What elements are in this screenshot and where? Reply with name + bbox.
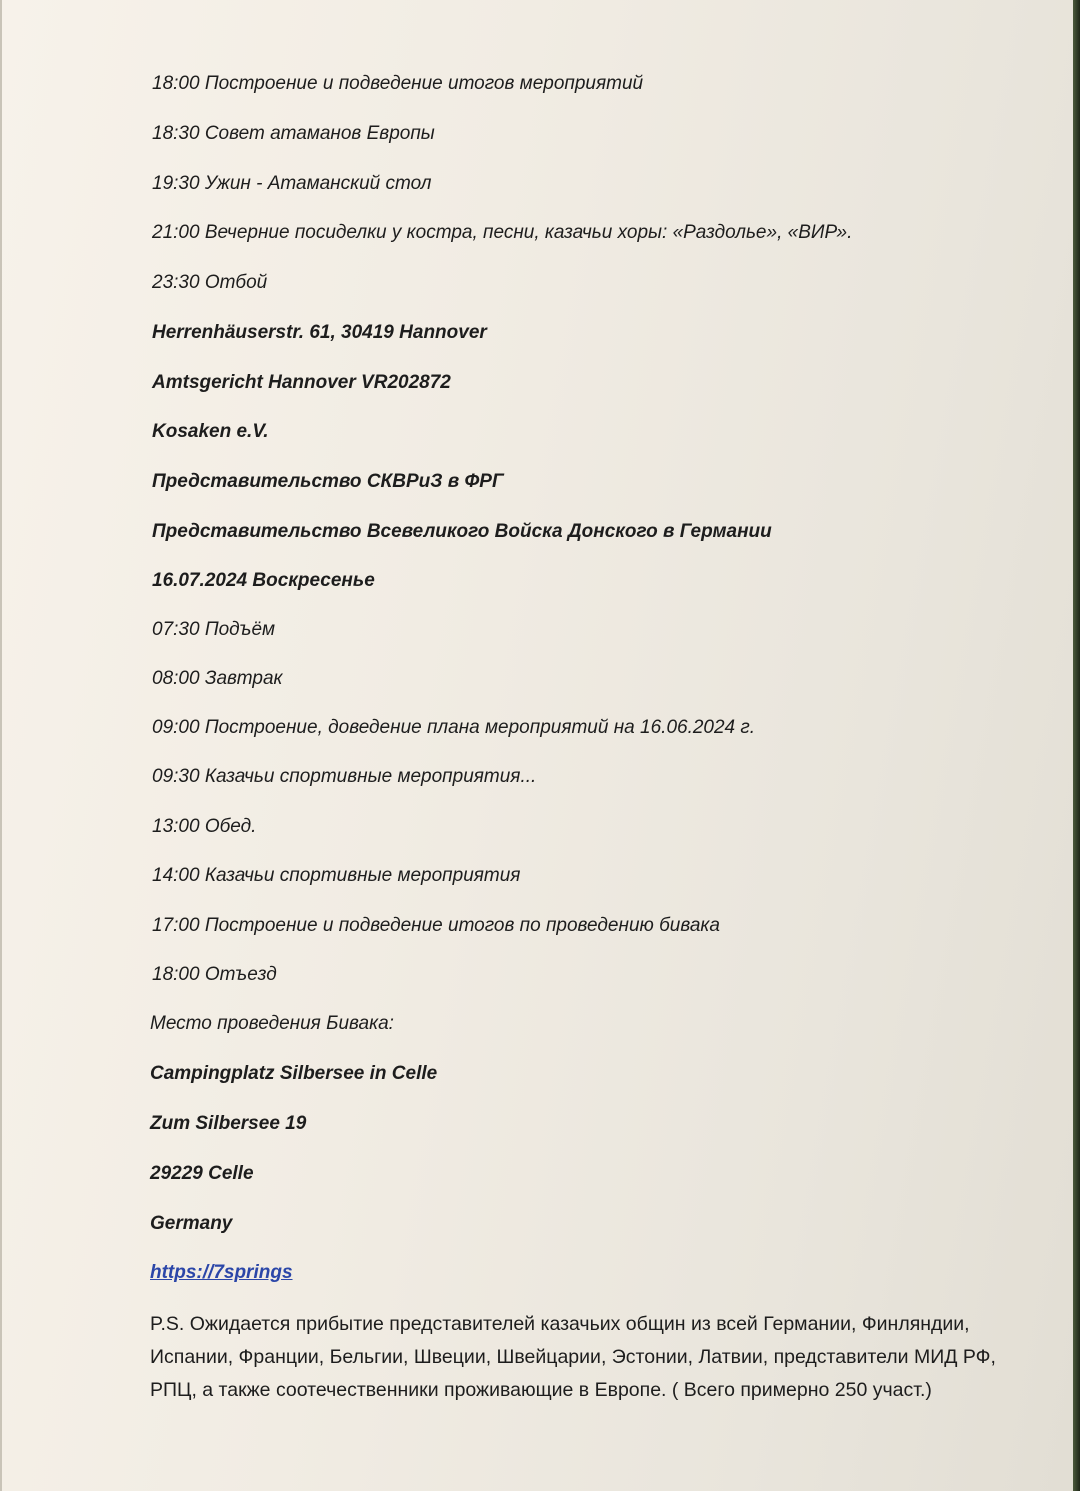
venue-street: Zum Silbersee 19: [150, 1112, 306, 1136]
org-address: Herrenhäuserstr. 61, 30419 Hannover: [152, 321, 487, 345]
schedule-item: 18:30 Совет атаманов Европы: [152, 122, 435, 146]
schedule-item: 18:00 Отъезд: [152, 963, 277, 987]
day2-heading: 16.07.2024 Воскресенье: [152, 569, 375, 593]
schedule-item: 09:00 Построение, доведение плана меропр…: [152, 716, 755, 740]
document-page: 18:00 Построение и подведение итогов мер…: [0, 0, 1073, 1491]
org-name: Kosaken e.V.: [152, 420, 269, 444]
org-representation-don: Представительство Всевеликого Войска Дон…: [152, 520, 772, 544]
venue-city: 29229 Celle: [150, 1162, 254, 1186]
schedule-item: 14:00 Казачьи спортивные мероприятия: [152, 864, 520, 888]
venue-country: Germany: [150, 1212, 232, 1236]
venue-label: Место проведения Бивака:: [150, 1012, 394, 1036]
schedule-item: 07:30 Подъём: [152, 618, 275, 642]
website-link[interactable]: https://7springs: [150, 1261, 293, 1285]
schedule-item: 13:00 Обед.: [152, 815, 256, 839]
ps-note: P.S. Ожидается прибытие представителей к…: [150, 1308, 1000, 1407]
schedule-item: 08:00 Завтрак: [152, 667, 282, 691]
schedule-item: 09:30 Казачьи спортивные мероприятия...: [152, 765, 536, 789]
schedule-item: 21:00 Вечерние посиделки у костра, песни…: [152, 221, 852, 245]
schedule-item: 19:30 Ужин - Атаманский стол: [152, 172, 432, 196]
org-representation: Представительство СКВРиЗ в ФРГ: [152, 470, 504, 494]
schedule-item: 17:00 Построение и подведение итогов по …: [152, 914, 720, 938]
schedule-item: 18:00 Построение и подведение итогов мер…: [152, 72, 643, 96]
schedule-item: 23:30 Отбой: [152, 271, 267, 295]
org-registry: Amtsgericht Hannover VR202872: [152, 371, 451, 395]
background-edge: [1073, 0, 1080, 1491]
venue-name: Campingplatz Silbersee in Celle: [150, 1062, 437, 1086]
